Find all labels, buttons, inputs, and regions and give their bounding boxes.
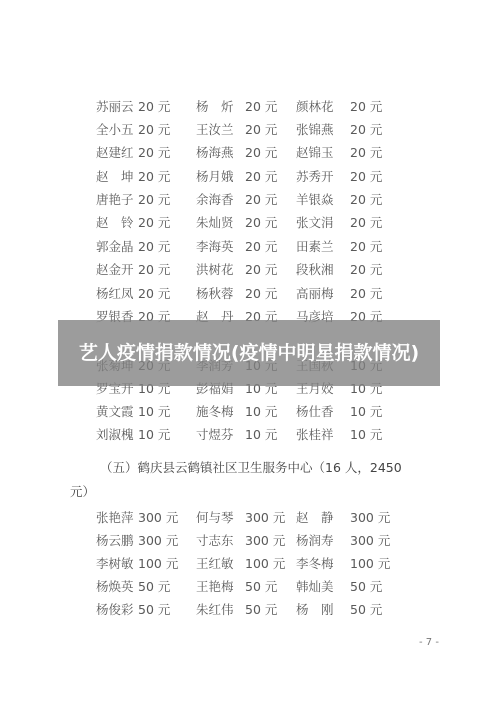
- donor-name: 羊银焱: [296, 189, 334, 211]
- donation-amount: 20 元: [245, 236, 277, 258]
- donor-name: 杨焕英: [96, 576, 134, 598]
- donation-amount: 20 元: [138, 189, 170, 211]
- donation-amount: 20 元: [350, 119, 382, 141]
- donation-amount: 20 元: [245, 259, 277, 281]
- donation-amount: 300 元: [245, 507, 285, 529]
- donation-amount: 10 元: [350, 401, 382, 423]
- table-row: 唐艳子 20 元 余海香 20 元 羊银焱 20 元: [0, 189, 500, 211]
- donor-name: 段秋湘: [296, 259, 334, 281]
- donation-amount: 100 元: [138, 553, 178, 575]
- donation-amount: 300 元: [138, 530, 178, 552]
- table-row: 杨焕英 50 元 王艳梅 50 元 韩灿美 50 元: [0, 576, 500, 598]
- donation-amount: 20 元: [245, 212, 277, 234]
- donor-name: 张桂祥: [296, 424, 334, 446]
- donor-name: 高丽梅: [296, 283, 334, 305]
- donor-name: 杨月娥: [196, 166, 234, 188]
- donor-name: 张锦燕: [296, 119, 334, 141]
- table-row: 赵金开 20 元 洪树花 20 元 段秋湘 20 元: [0, 259, 500, 281]
- section-heading: （五）鹤庆县云鹤镇社区卫生服务中心（16 人，2450 元）: [70, 456, 430, 504]
- donor-name: 杨红凤: [96, 283, 134, 305]
- donation-amount: 20 元: [350, 236, 382, 258]
- banner-title: 艺人疫情捐款情况(疫情中明星捐款情况): [73, 341, 425, 366]
- table-row: 赵 坤 20 元 杨月娥 20 元 苏秀开 20 元: [0, 166, 500, 188]
- section-heading-line1: （五）鹤庆县云鹤镇社区卫生服务中心（16 人，2450: [70, 456, 430, 480]
- donor-name: 杨润寿: [296, 530, 334, 552]
- donation-amount: 20 元: [138, 119, 170, 141]
- donor-name: 李树敏: [96, 553, 134, 575]
- donation-amount: 20 元: [138, 212, 170, 234]
- donor-name: 李冬梅: [296, 553, 334, 575]
- donation-amount: 20 元: [350, 96, 382, 118]
- donor-name: 朱红伟: [196, 599, 234, 621]
- title-banner: 艺人疫情捐款情况(疫情中明星捐款情况): [58, 320, 440, 386]
- table-row: 刘淑槐 10 元 寸煜芬 10 元 张桂祥 10 元: [0, 424, 500, 446]
- donor-name: 王汝兰: [196, 119, 234, 141]
- donation-amount: 20 元: [350, 212, 382, 234]
- donation-amount: 10 元: [350, 424, 382, 446]
- donor-name: 余海香: [196, 189, 234, 211]
- donation-amount: 300 元: [138, 507, 178, 529]
- donation-amount: 20 元: [245, 96, 277, 118]
- donor-name: 杨秋蓉: [196, 283, 234, 305]
- donor-name: 韩灿美: [296, 576, 334, 598]
- donor-name: 张文涓: [296, 212, 334, 234]
- donor-name: 刘淑槐: [96, 424, 134, 446]
- donor-name: 赵 坤: [96, 166, 134, 188]
- donation-amount: 50 元: [138, 576, 170, 598]
- donor-name: 寸煜芬: [196, 424, 234, 446]
- donation-amount: 20 元: [245, 142, 277, 164]
- donor-name: 王艳梅: [196, 576, 234, 598]
- donor-name: 杨海燕: [196, 142, 234, 164]
- donor-name: 张艳萍: [96, 507, 134, 529]
- table-row: 赵建红 20 元 杨海燕 20 元 赵锦玉 20 元: [0, 142, 500, 164]
- donor-name: 杨俊彩: [96, 599, 134, 621]
- table-row: 苏丽云 20 元 杨 炘 20 元 颜林花 20 元: [0, 96, 500, 118]
- donor-name: 杨 刚: [296, 599, 334, 621]
- donor-name: 朱灿贤: [196, 212, 234, 234]
- donor-name: 田素兰: [296, 236, 334, 258]
- table-row: 郭金晶 20 元 李海英 20 元 田素兰 20 元: [0, 236, 500, 258]
- donation-amount: 20 元: [138, 236, 170, 258]
- page-number: - 7 -: [419, 637, 439, 648]
- donor-name: 赵 静: [296, 507, 334, 529]
- donation-amount: 50 元: [245, 576, 277, 598]
- donation-amount: 20 元: [138, 283, 170, 305]
- donor-name: 王红敏: [196, 553, 234, 575]
- table-row: 李树敏 100 元 王红敏 100 元 李冬梅 100 元: [0, 553, 500, 575]
- donation-amount: 10 元: [138, 401, 170, 423]
- table-row: 杨云鹏 300 元 寸志东 300 元 杨润寿 300 元: [0, 530, 500, 552]
- donation-amount: 300 元: [245, 530, 285, 552]
- donation-amount: 10 元: [245, 424, 277, 446]
- donor-name: 全小五: [96, 119, 134, 141]
- donation-amount: 20 元: [138, 166, 170, 188]
- donor-name: 苏秀开: [296, 166, 334, 188]
- donor-name: 赵锦玉: [296, 142, 334, 164]
- donation-amount: 20 元: [245, 119, 277, 141]
- donor-name: 唐艳子: [96, 189, 134, 211]
- donor-name: 何与琴: [196, 507, 234, 529]
- donor-name: 赵 铃: [96, 212, 134, 234]
- donation-amount: 20 元: [138, 259, 170, 281]
- donation-amount: 50 元: [350, 599, 382, 621]
- donor-name: 郭金晶: [96, 236, 134, 258]
- donation-amount: 20 元: [350, 283, 382, 305]
- donor-name: 赵建红: [96, 142, 134, 164]
- donor-name: 施冬梅: [196, 401, 234, 423]
- donation-amount: 20 元: [350, 259, 382, 281]
- donor-name: 赵金开: [96, 259, 134, 281]
- table-row: 张艳萍 300 元 何与琴 300 元 赵 静 300 元: [0, 507, 500, 529]
- section-heading-line2: 元）: [70, 480, 430, 504]
- donation-amount: 100 元: [350, 553, 390, 575]
- donation-amount: 10 元: [245, 401, 277, 423]
- table-row: 杨红凤 20 元 杨秋蓉 20 元 高丽梅 20 元: [0, 283, 500, 305]
- donation-amount: 50 元: [138, 599, 170, 621]
- donor-name: 杨云鹏: [96, 530, 134, 552]
- donor-name: 杨 炘: [196, 96, 234, 118]
- donation-amount: 20 元: [350, 142, 382, 164]
- donor-name: 杨仕香: [296, 401, 334, 423]
- donation-amount: 50 元: [245, 599, 277, 621]
- document-page: 苏丽云 20 元 杨 炘 20 元 颜林花 20 元 全小五 20 元 王汝兰 …: [0, 0, 500, 706]
- table-row: 杨俊彩 50 元 朱红伟 50 元 杨 刚 50 元: [0, 599, 500, 621]
- donation-amount: 20 元: [245, 283, 277, 305]
- table-row: 全小五 20 元 王汝兰 20 元 张锦燕 20 元: [0, 119, 500, 141]
- donation-amount: 20 元: [138, 142, 170, 164]
- donation-amount: 20 元: [245, 166, 277, 188]
- donor-name: 李海英: [196, 236, 234, 258]
- donation-amount: 50 元: [350, 576, 382, 598]
- donor-name: 苏丽云: [96, 96, 134, 118]
- donor-name: 洪树花: [196, 259, 234, 281]
- donation-amount: 10 元: [138, 424, 170, 446]
- donor-name: 颜林花: [296, 96, 334, 118]
- donation-amount: 20 元: [138, 96, 170, 118]
- donation-amount: 20 元: [350, 166, 382, 188]
- donation-amount: 100 元: [245, 553, 285, 575]
- donation-amount: 300 元: [350, 530, 390, 552]
- table-row: 黄文霞 10 元 施冬梅 10 元 杨仕香 10 元: [0, 401, 500, 423]
- donation-amount: 20 元: [245, 189, 277, 211]
- table-row: 赵 铃 20 元 朱灿贤 20 元 张文涓 20 元: [0, 212, 500, 234]
- donation-amount: 300 元: [350, 507, 390, 529]
- donor-name: 黄文霞: [96, 401, 134, 423]
- donation-amount: 20 元: [350, 189, 382, 211]
- donor-name: 寸志东: [196, 530, 234, 552]
